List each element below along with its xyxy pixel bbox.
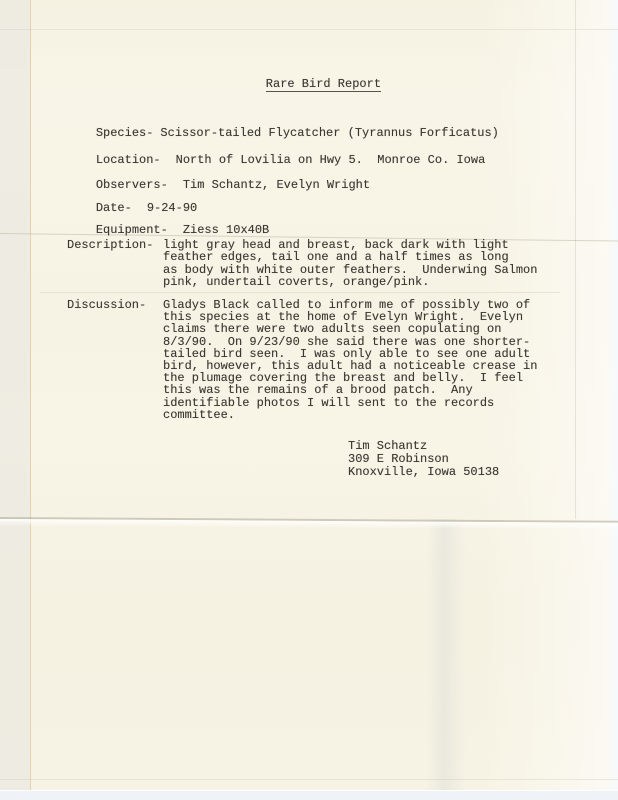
report-title-text: Rare Bird Report	[266, 78, 381, 92]
description-label: Description-	[67, 239, 153, 251]
signature-block: Tim Schantz 309 E Robinson Knoxville, Io…	[348, 440, 499, 479]
discussion-label: Discussion-	[67, 299, 146, 311]
paper-left-margin-shade	[0, 0, 30, 790]
field-observers-value: Tim Schantz, Evelyn Wright	[183, 178, 370, 192]
field-equipment-value: Ziess 10x40B	[183, 223, 269, 237]
description-text: light gray head and breast, back dark wi…	[163, 239, 537, 288]
paper-right-edge-shade	[607, 0, 618, 790]
field-species-value: Scissor-tailed Flycatcher (Tyrannus Forf…	[160, 126, 498, 140]
horizontal-crease-top	[0, 29, 618, 30]
field-location-value: North of Lovilia on Hwy 5. Monroe Co. Io…	[176, 153, 486, 167]
discussion-text: Gladys Black called to inform me of poss…	[163, 299, 537, 421]
report-title: Rare Bird Report	[0, 66, 618, 104]
horizontal-crease-bottom	[0, 779, 618, 780]
scan-background-strip	[0, 790, 618, 800]
field-equipment-label: Equipment-	[96, 223, 168, 237]
field-location-label: Location-	[96, 153, 161, 167]
horizontal-crease-faint	[40, 292, 560, 293]
document-scan: Rare Bird Report Species-Scissor-tailed …	[0, 0, 618, 800]
vertical-crease-bottom	[426, 519, 466, 790]
paper-left-edge-line	[30, 0, 31, 790]
field-species-label: Species-	[96, 126, 154, 140]
